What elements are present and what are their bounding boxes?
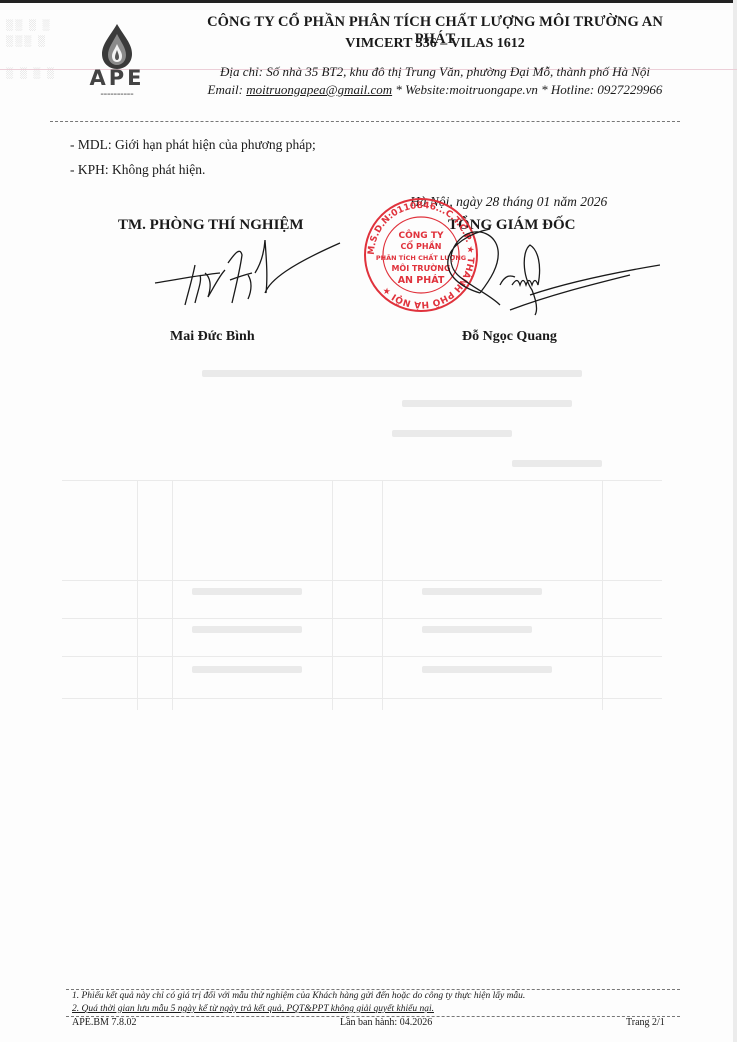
- company-logo: APE ▬▬▬▬▬▬▬▬▬▬: [72, 22, 162, 102]
- signature-right: [420, 215, 660, 325]
- contact-line: Email: moitruongapea@gmail.com * Website…: [190, 82, 680, 98]
- certifications: VIMCERT 336 – VILAS 1612: [185, 36, 685, 52]
- lab-representative-name: Mai Đức Bình: [170, 329, 255, 345]
- footer-divider-top: [66, 989, 680, 990]
- note-mdl: - MDL: Giới hạn phát hiện của phương phá…: [70, 137, 316, 153]
- general-director-name: Đỗ Ngọc Quang: [462, 329, 557, 345]
- email-link[interactable]: moitruongapea@gmail.com: [246, 82, 392, 97]
- bleed-through-artifact: [62, 470, 662, 730]
- company-address: Địa chỉ: Số nhà 35 BT2, khu đô thị Trung…: [190, 64, 680, 80]
- footer-note-validity: 1. Phiếu kết quả này chỉ có giá trị đối …: [72, 991, 525, 1001]
- email-label: Email:: [208, 82, 247, 97]
- header-divider: [50, 121, 680, 122]
- page-number: Trang 2/1: [626, 1017, 665, 1028]
- page-right-edge: [733, 0, 737, 1042]
- note-kph: - KPH: Không phát hiện.: [70, 162, 205, 178]
- logo-text: APE: [72, 66, 162, 90]
- issue-date: Lần ban hành: 04.2026: [340, 1017, 432, 1028]
- water-drop-icon: [72, 22, 162, 70]
- form-code: APE.BM 7.8.02: [72, 1017, 136, 1028]
- lab-representative-title: TM. PHÒNG THÍ NGHIỆM: [118, 217, 304, 234]
- scan-noise: ░░ ░ ░░░░ ░░ ░ ░ ░: [6, 18, 62, 82]
- website-hotline: * Website:moitruongape.vn * Hotline: 092…: [392, 82, 662, 97]
- signature-left: [140, 235, 360, 315]
- logo-subtitle: ▬▬▬▬▬▬▬▬▬▬: [80, 92, 154, 96]
- footer-note-retention: 2. Quá thời gian lưu mẫu 5 ngày kể từ ng…: [72, 1004, 434, 1014]
- page-top-edge: [0, 0, 737, 3]
